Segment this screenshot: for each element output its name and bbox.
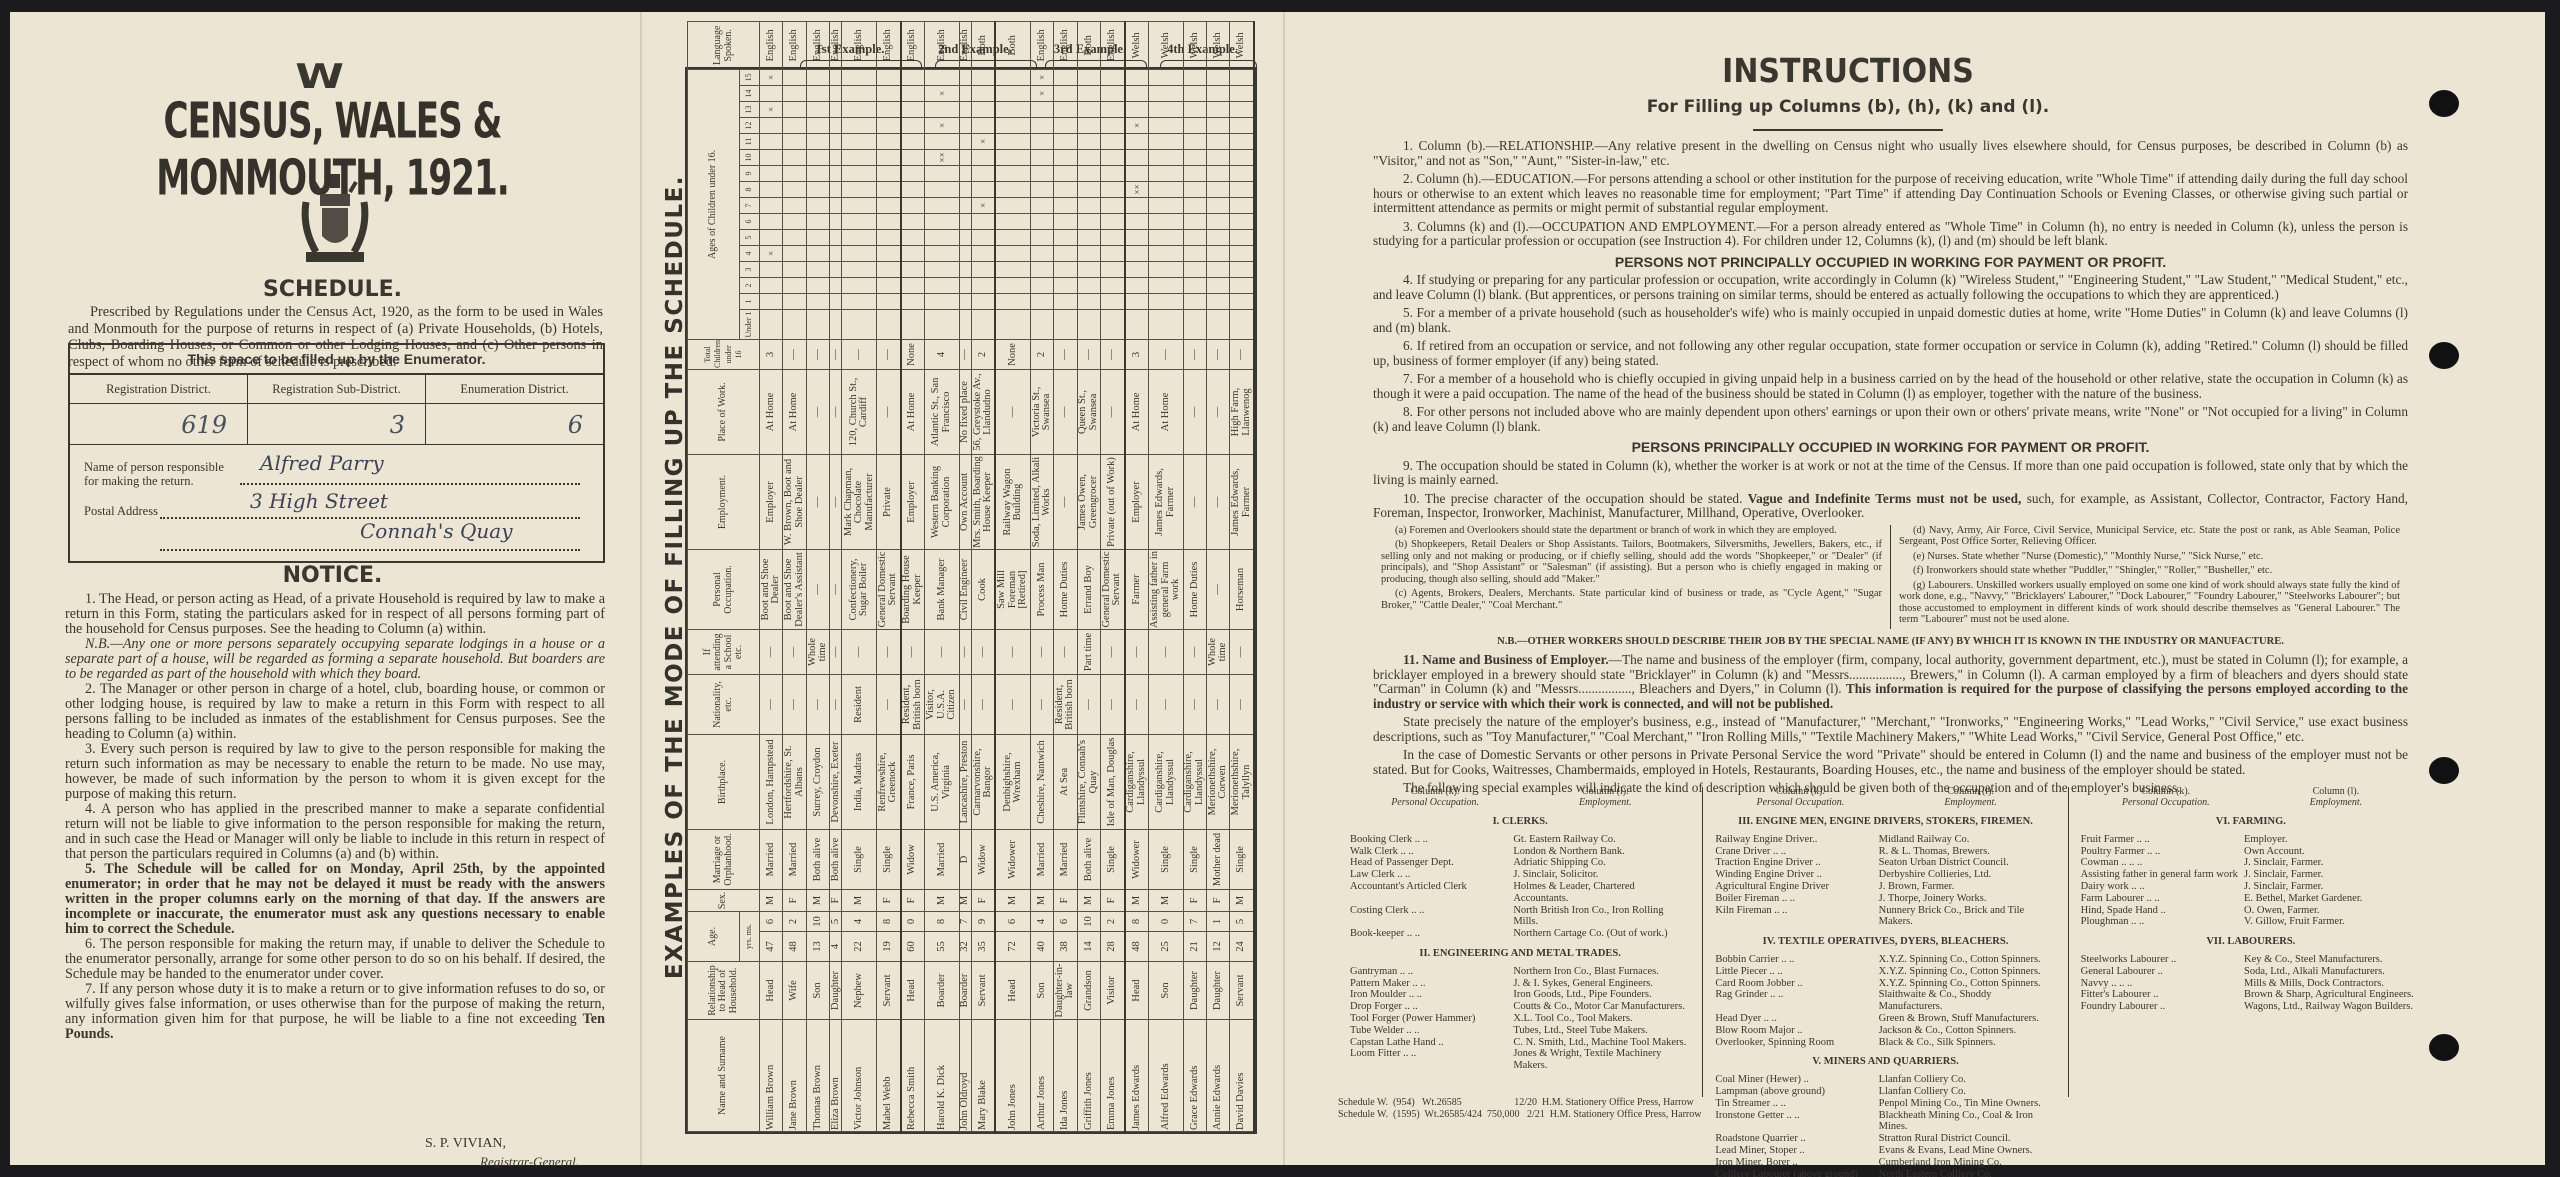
example-occupation: Cowman .. .. .. <box>2081 857 2244 869</box>
subrule-f: (f) Ironworkers should state whether "Pu… <box>1899 565 2400 577</box>
age-mark-cell <box>830 277 842 293</box>
age-mark-cell <box>1054 101 1077 117</box>
example-employer: Stratton Rural District Council. <box>1879 1133 2056 1145</box>
cell-sch: Whole time <box>806 629 829 674</box>
age-mark-cell <box>877 117 901 133</box>
cell-ms: 7 <box>1183 911 1206 931</box>
age-mark-cell <box>1054 165 1077 181</box>
age-mark-cell <box>842 261 877 277</box>
cell-tot: — <box>1054 339 1077 369</box>
cell-name: Alfred Edwards <box>1148 1020 1183 1132</box>
cell-emp: Own Account <box>959 454 971 549</box>
example-entry: Gantryman .. ..Northern Iron Co., Blast … <box>1350 966 1690 978</box>
registration-district: Registration District. 619 <box>70 375 248 444</box>
cell-mar: Mother dead <box>1206 829 1229 889</box>
cell-sch: — <box>1030 629 1053 674</box>
cell-yrs: 48 <box>783 932 806 962</box>
column-k-label: Column (k). <box>2141 786 2190 797</box>
age-mark-cell <box>1148 245 1183 261</box>
age-mark-cell <box>1125 85 1149 101</box>
age-mark-cell <box>1077 149 1100 165</box>
example-row: Emma JonesVisitor282FSingleIsle of Man, … <box>1101 21 1125 1131</box>
example-occupation: Dairy work .. .. <box>2081 881 2244 893</box>
cell-sch: — <box>901 629 925 674</box>
cell-nat: — <box>877 674 901 734</box>
age-mark-cell <box>1030 149 1053 165</box>
example-employer: Penpol Mining Co., Tin Mine Owners. <box>1879 1098 2056 1110</box>
cell-nat: — <box>1077 674 1100 734</box>
cell-emp: Railway Wagon Building <box>995 454 1030 549</box>
registration-district-value[interactable]: 619 <box>70 404 247 444</box>
age-mark-cell <box>760 277 783 293</box>
cell-yrs: 40 <box>1030 932 1053 962</box>
age-mark-cell <box>830 101 842 117</box>
age-mark-cell <box>1230 309 1254 339</box>
cover-panel: W CENSUS, WALES & MONMOUTH, 1921. SCHEDU… <box>10 12 640 1165</box>
example-occupation: Overlooker, Spinning Room <box>1715 1037 1878 1049</box>
age-mark-cell <box>971 261 995 277</box>
cell-emp: W. Brown, Boot and Shoe Dealer <box>783 454 806 549</box>
age-mark-cell <box>995 117 1030 133</box>
age-mark-cell: × <box>1030 69 1053 85</box>
age-mark-cell <box>842 101 877 117</box>
header-total-children: Total Children under 16 <box>688 339 760 369</box>
header-age: Age. <box>688 911 740 961</box>
example-entry: Walk Clerk .. ..London & Northern Bank. <box>1350 846 1690 858</box>
age-mark-cell <box>1206 293 1229 309</box>
cell-birth: Merionethshire, Corwen <box>1206 734 1229 829</box>
age-mark-cell: × <box>1030 85 1053 101</box>
header-place-of-work: Place of Work. <box>688 369 760 454</box>
age-mark-cell <box>1101 101 1125 117</box>
cell-emp: — <box>830 454 842 549</box>
cell-sch: — <box>760 629 783 674</box>
instructions-title: INSTRUCTIONS <box>1283 52 2413 91</box>
registration-sub-district-value[interactable]: 3 <box>248 404 425 444</box>
age-mark-cell <box>877 101 901 117</box>
example-employer: Northern Iron Co., Blast Furnaces. <box>1513 966 1690 978</box>
example-entry: Winding Engine Driver ..Derbyshire Colli… <box>1715 869 2055 881</box>
age-mark-cell <box>783 245 806 261</box>
example-row: Alfred EdwardsSon250MSingleCardiganshire… <box>1148 21 1183 1131</box>
example-employer: Derbyshire Collieries, Ltd. <box>1879 869 2056 881</box>
age-mark-cell <box>1230 85 1254 101</box>
example-occupation: Gantryman .. .. <box>1350 966 1513 978</box>
cell-yrs: 28 <box>1101 932 1125 962</box>
age-mark-cell <box>1054 85 1077 101</box>
example-entry: General Labourer ..Soda, Ltd., Alkali Ma… <box>2081 966 2421 978</box>
cell-rel: Visitor <box>1101 962 1125 1020</box>
age-mark-cell <box>1206 261 1229 277</box>
age-mark-cell <box>1030 165 1053 181</box>
cell-ms: 2 <box>783 911 806 931</box>
example-employer: Adriatic Shipping Co. <box>1513 857 1690 869</box>
example-employer: Llanfan Colliery Co. <box>1879 1074 2056 1086</box>
age-mark-cell <box>995 85 1030 101</box>
age-mark-cell <box>806 261 829 277</box>
age-mark-cell <box>1030 101 1053 117</box>
examples-table: Name and Surname Relationship to Head of… <box>685 67 1257 1134</box>
cell-place: — <box>1183 369 1206 454</box>
example-row: Jane BrownWife482FMarriedHertfordshire, … <box>783 21 806 1131</box>
cell-rel: Head <box>901 962 925 1020</box>
cell-birth: Cheshire, Nantwich <box>1030 734 1053 829</box>
enumeration-district-value[interactable]: 6 <box>426 404 603 444</box>
age-mark-cell <box>901 229 925 245</box>
age-mark-cell <box>1148 101 1183 117</box>
example-occupation: Law Clerk .. .. <box>1350 869 1513 881</box>
postal-address-line2[interactable]: Connah's Quay <box>160 525 580 551</box>
column-k-sublabel: Personal Occupation. <box>2081 798 2251 809</box>
example-entry: Fitter's Labourer ..Brown & Sharp, Agric… <box>2081 989 2421 1001</box>
responsible-person-field[interactable]: Alfred Parry <box>240 457 580 485</box>
example-employer: J. Brown, Farmer. <box>1879 881 2056 893</box>
cell-rel: Grandson <box>1077 962 1100 1020</box>
cell-mar: Single <box>842 829 877 889</box>
example-row: John OldroydBoarder327MDLancashire, Pres… <box>959 21 971 1131</box>
age-mark-cell <box>760 133 783 149</box>
cell-sex: F <box>1054 889 1077 911</box>
cell-birth: U.S. America, Virginia <box>924 734 959 829</box>
age-mark-cell <box>1148 85 1183 101</box>
cell-name: Victor Johnson <box>842 1020 877 1132</box>
example-entry: Crane Driver .. ..R. & L. Thomas, Brewer… <box>1715 846 2055 858</box>
cell-occ: Horseman <box>1230 549 1254 629</box>
notice-heading: NOTICE. <box>60 563 605 588</box>
age-mark-cell <box>1030 293 1053 309</box>
age-mark-cell <box>830 309 842 339</box>
example-occupation: Blow Room Major .. <box>1715 1025 1878 1037</box>
example-section-title: III. ENGINE MEN, ENGINE DRIVERS, STOKERS… <box>1715 816 2055 828</box>
age-mark-cell <box>783 101 806 117</box>
cell-ms: 2 <box>1101 911 1125 931</box>
age-mark-cell <box>901 197 925 213</box>
age-mark-cell <box>1101 213 1125 229</box>
age-mark-cell <box>1054 69 1077 85</box>
age-mark-cell <box>806 197 829 213</box>
example-employer: Holmes & Leader, Chartered Accountants. <box>1513 881 1690 905</box>
cell-language: Both <box>971 21 995 69</box>
age-mark-cell <box>995 245 1030 261</box>
cell-rel: Daughter <box>1183 962 1206 1020</box>
cell-birth: Cardiganshire, Llandyssul <box>1183 734 1206 829</box>
age-mark-cell <box>1077 309 1100 339</box>
age-mark-cell <box>1183 117 1206 133</box>
cell-tot: — <box>842 339 877 369</box>
example-employer: Cumberland Iron Mining Co. <box>1879 1157 2056 1169</box>
cell-ms: 7 <box>959 911 971 931</box>
cell-rel: Nephew <box>842 962 877 1020</box>
age-mark-cell <box>1101 277 1125 293</box>
age-mark-cell <box>1101 229 1125 245</box>
example-occupation: Accountant's Articled Clerk <box>1350 881 1513 905</box>
cell-sch: — <box>1054 629 1077 674</box>
signature-title: Registrar-General. <box>480 1154 579 1170</box>
cell-place: Atlantic St., San Francisco <box>924 369 959 454</box>
age-mark-cell <box>1054 245 1077 261</box>
cell-nat: — <box>1101 674 1125 734</box>
cell-nat: — <box>830 674 842 734</box>
example-entry: Railway Engine Driver..Midland Railway C… <box>1715 834 2055 846</box>
cell-name: Arthur Jones <box>1030 1020 1053 1132</box>
age-mark-cell <box>1125 133 1149 149</box>
example-row: Rebecca SmithHead600FWidowFrance, ParisR… <box>901 21 925 1131</box>
punch-hole <box>2429 757 2459 784</box>
cell-rel: Son <box>1030 962 1053 1020</box>
cell-sex: M <box>1230 889 1254 911</box>
age-mark-cell <box>959 165 971 181</box>
example-employer: Evans & Evans, Lead Mine Owners. <box>1879 1145 2056 1157</box>
example-entry: Boiler Fireman .. ..J. Thorpe, Joinery W… <box>1715 893 2055 905</box>
cell-place: — <box>1054 369 1077 454</box>
cell-language: English <box>1054 21 1077 69</box>
age-mark-cell: × <box>1125 117 1149 133</box>
example-entry: Fruit Farmer .. ..Employer. <box>2081 834 2421 846</box>
example-employer: Mills & Mills, Dock Contractors. <box>2244 978 2421 990</box>
cell-language: Both <box>995 21 1030 69</box>
age-mark-cell <box>877 133 901 149</box>
cell-occ: Cook <box>971 549 995 629</box>
cell-sex: F <box>877 889 901 911</box>
age-mark-cell <box>1230 229 1254 245</box>
age-mark-cell <box>924 133 959 149</box>
example-entry: Dairy work .. ..J. Sinclair, Farmer. <box>2081 881 2421 893</box>
age-mark-cell <box>842 149 877 165</box>
example-entry: Iron Miner, Borer ..Cumberland Iron Mini… <box>1715 1157 2055 1169</box>
age-mark-cell <box>901 309 925 339</box>
cell-ms: 8 <box>877 911 901 931</box>
example-entry: Kiln Fireman .. ..Nunnery Brick Co., Bri… <box>1715 905 2055 929</box>
example-row: Ida JonesDaughter-in-law386FMarriedAt Se… <box>1054 21 1077 1131</box>
cell-yrs: 32 <box>959 932 971 962</box>
age-mark-cell <box>901 117 925 133</box>
age-mark-cell <box>971 213 995 229</box>
cell-emp: Private <box>877 454 901 549</box>
age-mark-cell <box>901 277 925 293</box>
example-employer: Coutts & Co., Motor Car Manufacturers. <box>1513 1001 1690 1013</box>
age-mark-cell <box>1125 69 1149 85</box>
example-occupation: Tool Forger (Power Hammer) <box>1350 1013 1513 1025</box>
punch-hole <box>2429 1034 2459 1061</box>
example-employer: J. Sinclair, Farmer. <box>2244 881 2421 893</box>
example-row: Mabel WebbServant198FSingleRenfrewshire,… <box>877 21 901 1131</box>
example-occupation: Navvy .. .. .. <box>2081 978 2244 990</box>
cell-language: English <box>806 21 829 69</box>
age-mark-cell <box>1148 181 1183 197</box>
age-mark-cell <box>1230 245 1254 261</box>
example-employer: Tubes, Ltd., Steel Tube Makers. <box>1513 1025 1690 1037</box>
cell-sch: — <box>1125 629 1149 674</box>
age-mark-cell <box>971 165 995 181</box>
cell-mar: D <box>959 829 971 889</box>
age-mark-cell <box>1125 149 1149 165</box>
age-mark-cell <box>806 181 829 197</box>
cell-mar: Both alive <box>806 829 829 889</box>
example-occupation: Fruit Farmer .. .. <box>2081 834 2244 846</box>
age-mark-cell <box>1125 309 1149 339</box>
cell-ms: 5 <box>830 911 842 931</box>
cell-birth: Hertfordshire, St. Albans <box>783 734 806 829</box>
cell-sch: Part time <box>1077 629 1100 674</box>
cell-sex: M <box>1148 889 1183 911</box>
cell-ms: 10 <box>806 911 829 931</box>
age-mark-cell <box>1077 293 1100 309</box>
age-mark-cell <box>1077 101 1100 117</box>
example-occupation: Little Piecer .. .. <box>1715 966 1878 978</box>
postal-address-line1[interactable]: 3 High Street <box>160 495 580 519</box>
age-mark-cell <box>760 229 783 245</box>
cell-occ: Confectionery, Sugar Boiler <box>842 549 877 629</box>
cell-place: High Farm, Llanwenog <box>1230 369 1254 454</box>
cell-occ: Boot and Shoe Dealer <box>760 549 783 629</box>
header-age-col: 10 <box>740 149 760 165</box>
age-mark-cell <box>959 117 971 133</box>
cell-place: — <box>1101 369 1125 454</box>
age-mark-cell <box>877 149 901 165</box>
cell-occ: Boot and Shoe Dealer's Assistant <box>783 549 806 629</box>
cell-occ: Farmer <box>1125 549 1149 629</box>
column-l-sublabel: Employment. <box>1520 798 1690 809</box>
registration-sub-district: Registration Sub-District. 3 <box>248 375 426 444</box>
print-footer-2: Schedule W. (1595) Wt.26585/424 750,000 … <box>1338 1109 1701 1121</box>
example-row: Mary BlakeServant359FWidowCarnarvonshire… <box>971 21 995 1131</box>
age-mark-cell <box>1183 165 1206 181</box>
cell-mar: Single <box>1101 829 1125 889</box>
age-mark-cell <box>1101 149 1125 165</box>
cell-emp: Mrs. Smith, Boarding House Keeper <box>971 454 995 549</box>
age-mark-cell <box>877 213 901 229</box>
example-employer: North Eastern Colliery Co. <box>1879 1169 2056 1177</box>
age-mark-cell <box>1148 309 1183 339</box>
age-mark-cell <box>995 293 1030 309</box>
responsible-person-value: Alfred Parry <box>260 451 384 475</box>
cell-sch: Whole time <box>1206 629 1229 674</box>
cell-rel: Daughter-in-law <box>1054 962 1077 1020</box>
cell-yrs: 12 <box>1206 932 1229 962</box>
age-mark-cell <box>1183 261 1206 277</box>
cell-occ: General Domestic Servant <box>1101 549 1125 629</box>
example-occupation: Crane Driver .. .. <box>1715 846 1878 858</box>
age-mark-cell <box>971 293 995 309</box>
example-section-title: V. MINERS AND QUARRIERS. <box>1715 1056 2055 1068</box>
age-mark-cell <box>1054 261 1077 277</box>
cell-sch: — <box>995 629 1030 674</box>
enumerator-box: This space to be filled up by the Enumer… <box>68 343 605 563</box>
cell-tot: — <box>830 339 842 369</box>
age-mark-cell <box>959 309 971 339</box>
cell-place: No fixed place <box>959 369 971 454</box>
age-mark-cell <box>1148 69 1183 85</box>
header-relationship: Relationship to Head of Household. <box>688 962 760 1020</box>
cell-ms: 0 <box>1148 911 1183 931</box>
age-mark-cell <box>901 245 925 261</box>
cell-yrs: 72 <box>995 932 1030 962</box>
cell-place: — <box>806 369 829 454</box>
cell-tot: None <box>901 339 925 369</box>
cell-language: English <box>783 21 806 69</box>
cell-rel: Servant <box>877 962 901 1020</box>
age-mark-cell <box>1125 245 1149 261</box>
age-mark-cell <box>1030 309 1053 339</box>
age-mark-cell <box>995 181 1030 197</box>
header-ages-children: Ages of Children under 16. <box>688 69 740 339</box>
age-mark-cell <box>877 277 901 293</box>
age-mark-cell <box>1230 293 1254 309</box>
postal-address-line2-value: Connah's Quay <box>360 519 513 543</box>
cell-language: English <box>1030 21 1053 69</box>
age-mark-cell <box>783 117 806 133</box>
cell-emp: Employer <box>901 454 925 549</box>
age-mark-cell <box>1054 181 1077 197</box>
header-age-sub: yrs. ms. <box>740 911 760 961</box>
header-age-col: 15 <box>740 69 760 85</box>
age-mark-cell <box>1230 165 1254 181</box>
age-mark-cell <box>806 245 829 261</box>
cell-language: Welsh <box>1230 21 1254 69</box>
age-mark-cell <box>901 165 925 181</box>
age-mark-cell <box>959 149 971 165</box>
age-mark-cell <box>1125 293 1149 309</box>
age-mark-cell <box>1230 101 1254 117</box>
cell-tot: 3 <box>1125 339 1149 369</box>
age-mark-cell <box>877 181 901 197</box>
example-entry: Traction Engine Driver ..Seaton Urban Di… <box>1715 857 2055 869</box>
column-k-sublabel: Personal Occupation. <box>1715 798 1885 809</box>
age-mark-cell <box>924 309 959 339</box>
cell-rel: Head <box>1125 962 1149 1020</box>
age-mark-cell <box>806 309 829 339</box>
age-mark-cell <box>1030 277 1053 293</box>
age-mark-cell <box>1125 229 1149 245</box>
example-entry: Ironstone Getter .. ..Blackheath Mining … <box>1715 1110 2055 1134</box>
header-age-col: 3 <box>740 261 760 277</box>
age-mark-cell <box>1054 309 1077 339</box>
cell-occ: Boarding House Keeper <box>901 549 925 629</box>
example-occupation: Tin Streamer .. .. <box>1715 1098 1878 1110</box>
cell-rel: Boarder <box>959 962 971 1020</box>
age-mark-cell <box>1125 197 1149 213</box>
age-mark-cell: × <box>760 245 783 261</box>
instruction-2: 2. Column (h).—EDUCATION.—For persons at… <box>1373 172 2408 216</box>
example-employer: X.Y.Z. Spinning Co., Cotton Spinners. <box>1879 966 2056 978</box>
example-entry: Bobbin Carrier .. ..X.Y.Z. Spinning Co.,… <box>1715 954 2055 966</box>
cell-tot: — <box>1183 339 1206 369</box>
age-mark-cell <box>830 85 842 101</box>
age-mark-cell: × <box>971 197 995 213</box>
cell-yrs: 38 <box>1054 932 1077 962</box>
example-entry: Costing Clerk .. ..North British Iron Co… <box>1350 905 1690 929</box>
example-occupation: Drop Forger .. .. <box>1350 1001 1513 1013</box>
cell-name: Emma Jones <box>1101 1020 1125 1132</box>
cell-yrs: 25 <box>1148 932 1183 962</box>
cell-rel: Head <box>995 962 1030 1020</box>
age-mark-cell <box>971 181 995 197</box>
example-occupation: Book-keeper .. .. <box>1350 928 1513 940</box>
cell-occ: — <box>830 549 842 629</box>
heading-not-principally-occupied: PERSONS NOT PRINCIPALLY OCCUPIED IN WORK… <box>1373 255 2408 270</box>
instructions-subtitle: For Filling up Columns (b), (h), (k) and… <box>1283 97 2413 117</box>
example-occupation: Farm Labourer .. .. <box>2081 893 2244 905</box>
header-age-col: 2 <box>740 277 760 293</box>
age-mark-cell <box>1101 133 1125 149</box>
cell-place: 120, Church St., Cardiff <box>842 369 877 454</box>
cell-mar: Married <box>924 829 959 889</box>
age-mark-cell <box>1077 245 1100 261</box>
age-mark-cell <box>924 261 959 277</box>
age-mark-cell <box>971 149 995 165</box>
cell-birth: France, Paris <box>901 734 925 829</box>
age-mark-cell <box>901 149 925 165</box>
